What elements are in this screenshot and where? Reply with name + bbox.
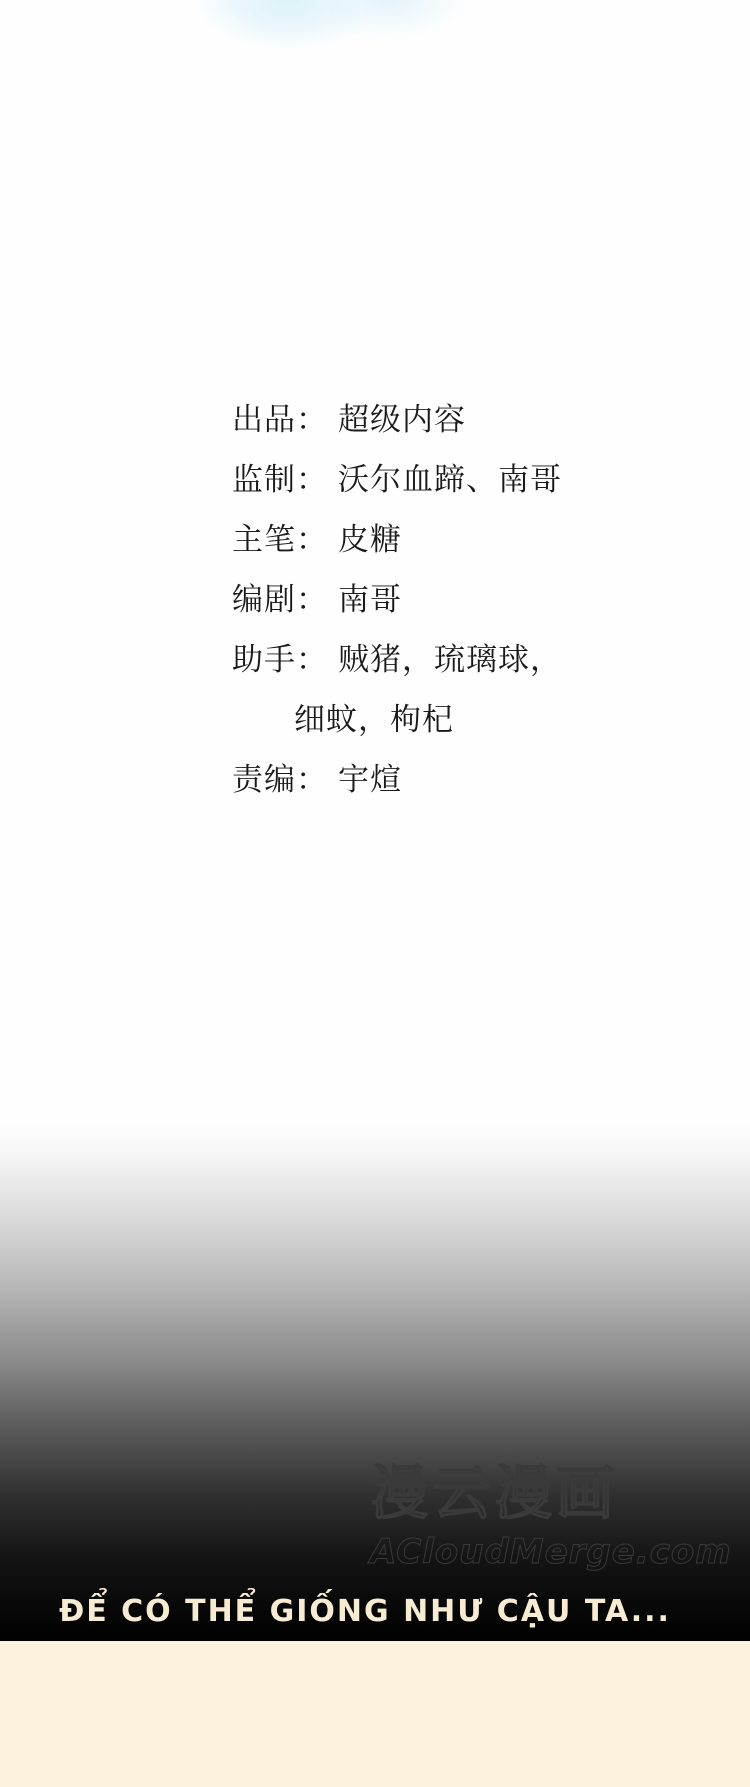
credit-role: 监制： [232, 450, 338, 510]
comic-page: 出品： 超级内容 监制： 沃尔血蹄、南哥 主笔： 皮糖 编剧： 南哥 助手： 贼… [0, 0, 750, 1787]
credit-value: 贼猪，琉璃球， [338, 630, 562, 690]
credits-block: 出品： 超级内容 监制： 沃尔血蹄、南哥 主笔： 皮糖 编剧： 南哥 助手： 贼… [232, 390, 562, 810]
credit-role: 助手： [232, 630, 338, 690]
watermark: 漫云漫画 ACloudMerge.com [370, 1458, 740, 1578]
watermark-logo: 漫云漫画 [370, 1458, 618, 1528]
credit-value: 超级内容 [338, 390, 466, 450]
credit-role: 出品： [232, 390, 338, 450]
credit-row-editor: 责编： 宇煊 [232, 750, 562, 810]
watermark-text: ACloudMerge.com [370, 1532, 732, 1572]
caption-text: ĐỂ CÓ THỂ GIỐNG NHƯ CẬU TA... [59, 1590, 671, 1634]
credit-row-assistants-continued: 细蚊，枸杞 [232, 690, 562, 750]
credit-row-lead-artist: 主笔： 皮糖 [232, 510, 562, 570]
credit-value: 宇煊 [338, 750, 402, 810]
credit-row-producer: 出品： 超级内容 [232, 390, 562, 450]
credit-role: 主笔： [232, 510, 338, 570]
credit-value: 皮糖 [338, 510, 402, 570]
credit-role: 编剧： [232, 570, 338, 630]
credit-row-assistants: 助手： 贼猪，琉璃球， [232, 630, 562, 690]
credit-value: 沃尔血蹄、南哥 [338, 450, 562, 510]
sky-illustration-fragment-2 [330, 0, 470, 40]
credit-role: 责编： [232, 750, 338, 810]
credit-row-writer: 编剧： 南哥 [232, 570, 562, 630]
cream-panel-background [0, 1641, 750, 1787]
credit-value: 细蚊，枸杞 [294, 690, 454, 750]
credit-row-supervisor: 监制： 沃尔血蹄、南哥 [232, 450, 562, 510]
credit-value: 南哥 [338, 570, 402, 630]
caption-narration: ĐỂ CÓ THỂ GIỐNG NHƯ CẬU TA... [0, 1590, 750, 1634]
